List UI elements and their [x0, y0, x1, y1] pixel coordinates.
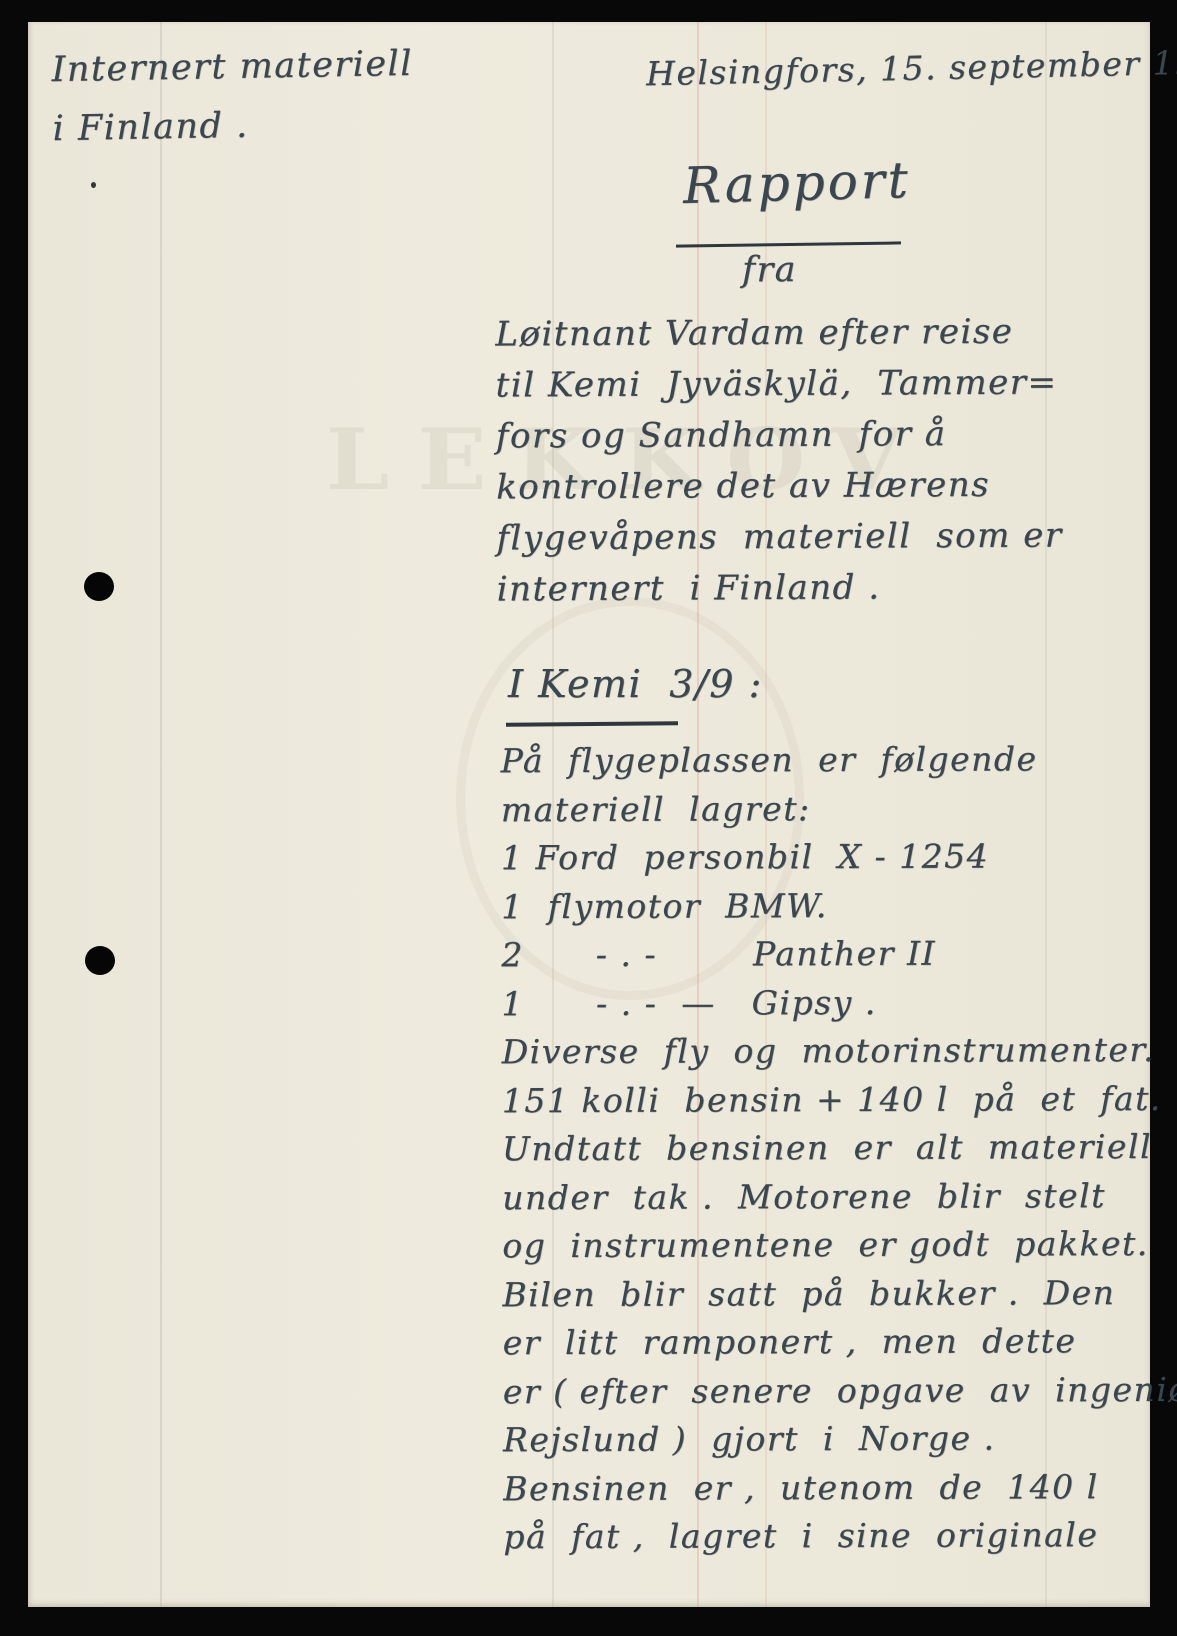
handwritten-line: til Kemi Jyväskylä, Tammer=: [495, 358, 1061, 412]
document-page: LEKKOV Internert materielli Finland . He…: [28, 22, 1150, 1607]
report-title: Rapport: [682, 151, 911, 215]
scanned-document-background: LEKKOV Internert materielli Finland . He…: [0, 0, 1177, 1636]
handwritten-line: fors og Sandhamn for å: [496, 409, 1062, 463]
ink-dot: [91, 182, 96, 188]
handwritten-line: 1 flymotor BMW.: [501, 880, 1177, 931]
handwritten-line: Diverse fly og motorinstrumenter.: [502, 1026, 1177, 1077]
handwritten-line: Internert materiell: [51, 35, 413, 100]
handwritten-line: 2 - . - Panther II: [501, 929, 1177, 980]
handwritten-line: er litt ramponert , men dette: [503, 1317, 1177, 1368]
section-heading: I Kemi 3/9 :: [508, 662, 763, 706]
paper-streak: [160, 22, 162, 1607]
handwritten-line: 151 kolli bensin + 140 l på et fat.: [502, 1074, 1177, 1125]
handwritten-line: internert i Finland .: [497, 562, 1063, 616]
intro-paragraph: Løitnant Vardam efter reisetil Kemi Jyvä…: [495, 307, 1063, 616]
handwritten-line: materiell lagret:: [501, 783, 1177, 834]
handwritten-line: i Finland .: [52, 94, 414, 159]
handwritten-line: flygevåpens materiell som er: [496, 511, 1062, 565]
body-paragraph: På flygeplassen er følgendemateriell lag…: [501, 735, 1177, 1562]
dateline: Helsingfors, 15. september 1940: [646, 42, 1177, 93]
handwritten-line: 1 - . - — Gipsy .: [501, 977, 1177, 1028]
punch-hole-bottom: [85, 946, 115, 975]
title-underline: [676, 241, 901, 247]
handwritten-line: kontrollere det av Hærens: [496, 460, 1062, 514]
handwritten-line: er ( efter senere opgave av ingeniør: [503, 1365, 1177, 1416]
report-subtitle: fra: [742, 250, 797, 290]
margin-note: Internert materielli Finland .: [51, 35, 414, 159]
handwritten-line: og instrumentene er godt pakket.: [502, 1220, 1177, 1271]
handwritten-line: Løitnant Vardam efter reise: [495, 307, 1061, 361]
handwritten-line: på fat , lagret i sine originale: [503, 1511, 1177, 1562]
handwritten-line: under tak . Motorene blir stelt: [502, 1171, 1177, 1222]
handwritten-line: 1 Ford personbil X - 1254: [501, 832, 1177, 883]
handwritten-line: Undtatt bensinen er alt materiell: [502, 1123, 1177, 1174]
handwritten-line: Rejslund ) gjort i Norge .: [503, 1414, 1177, 1465]
handwritten-line: Bensinen er , utenom de 140 l: [503, 1462, 1177, 1513]
punch-hole-top: [84, 572, 114, 601]
handwritten-line: Bilen blir satt på bukker . Den: [502, 1268, 1177, 1319]
handwritten-line: På flygeplassen er følgende: [501, 735, 1177, 786]
